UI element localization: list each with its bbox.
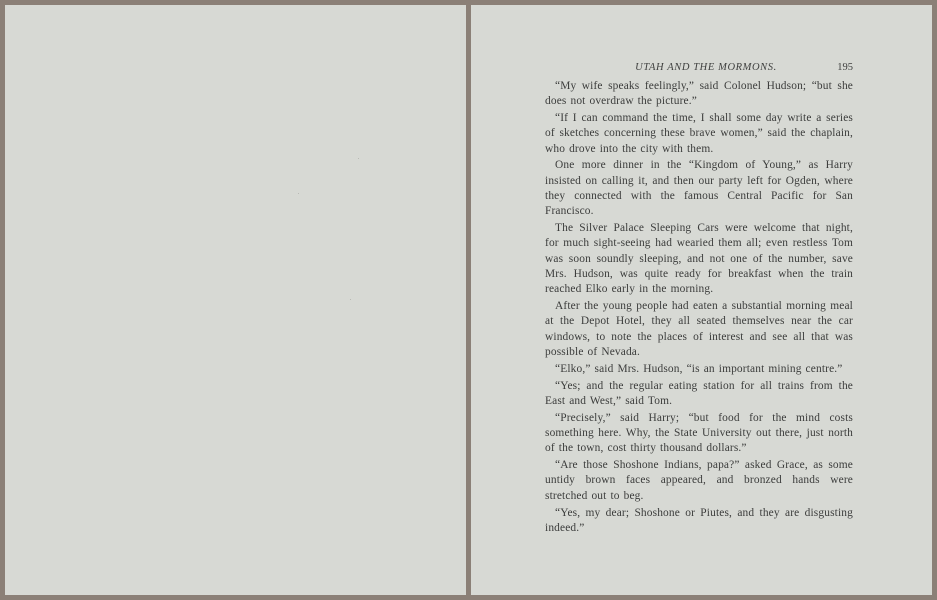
paragraph: The Silver Palace Sleeping Cars were wel… [545,221,853,297]
paper-speck [298,193,299,194]
page-header: UTAH AND THE MORMONS. 195 [545,62,853,76]
left-page-blank [5,5,466,595]
paragraph: “Elko,” said Mrs. Hudson, “is an importa… [545,362,853,377]
paragraph: “Yes, my dear; Shoshone or Piutes, and t… [545,506,853,537]
right-page: UTAH AND THE MORMONS. 195 “My wife speak… [471,5,932,595]
paragraph: After the young people had eaten a subst… [545,299,853,360]
paragraph: “Are those Shoshone Indians, papa?” aske… [545,458,853,504]
page-number: 195 [837,62,853,73]
paragraph: “If I can command the time, I shall some… [545,111,853,157]
paper-speck [350,299,351,300]
paragraph: “Yes; and the regular eating station for… [545,379,853,410]
paper-speck [358,158,359,159]
running-title: UTAH AND THE MORMONS. [545,62,853,73]
paragraph: One more dinner in the “Kingdom of Young… [545,158,853,219]
paragraph: “Precisely,” said Harry; “but food for t… [545,411,853,457]
body-text: “My wife speaks feelingly,” said Colonel… [545,79,853,538]
paragraph: “My wife speaks feelingly,” said Colonel… [545,79,853,110]
